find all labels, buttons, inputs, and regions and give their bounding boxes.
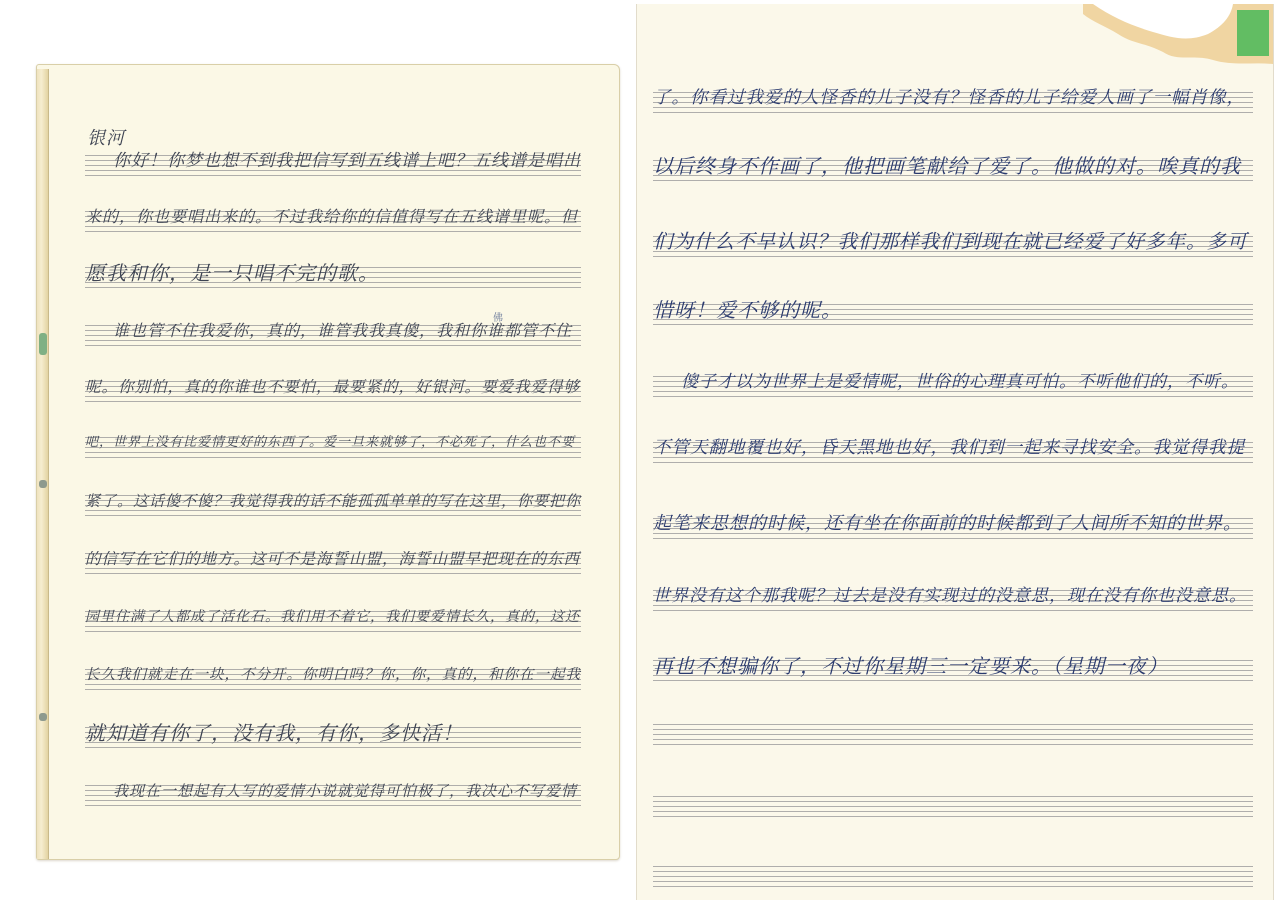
binding-stitch	[39, 713, 47, 721]
line-text: 的信写在它们的地方。这可不是海誓山盟，海誓山盟早把现在的东西	[85, 547, 580, 571]
line-text: 紧了。这话傻不傻？我觉得我的话不能孤孤单单的写在这里，你要把你	[85, 489, 581, 513]
text-line: 不管天翻地覆也好，昏天黑地也好，我们到一起来寻找安全。我觉得我提	[653, 436, 1253, 476]
line-text: 长久我们就走在一块，不分开。你明白吗？你，你，真的，和你在一起我	[85, 663, 581, 687]
line-text: 惜呀！爱不够的呢。	[653, 298, 842, 322]
line-text: 了。你看过我爱的人怪香的儿子没有？怪香的儿子给爱人画了一幅肖像，	[653, 86, 1245, 110]
left-page: 银河 你好！你梦也想不到我把信写到五线谱上吧？五线谱是唱出 来的，你也要唱出来的…	[36, 64, 620, 860]
text-line: 起笔来思想的时候，还有坐在你面前的时候都到了人间所不知的世界。	[653, 512, 1253, 552]
line-text: 园里住满了人都成了活化石。我们用不着它，我们要爱情长久，真的，这还	[85, 605, 580, 629]
line-text: 呢。你别怕，真的你谁也不要怕，最要紧的，好银河。要爱我爱得够	[85, 375, 580, 399]
text-line: 你好！你梦也想不到我把信写到五线谱上吧？五线谱是唱出	[85, 149, 581, 189]
text-line: 吧，世界上没有比爱情更好的东西了。爱一旦来就够了，不必死了，什么也不要	[85, 431, 581, 471]
text-line: 我现在一想起有人写的爱情小说就觉得可怕极了，我决心不写爱情	[85, 779, 581, 819]
text-line: 愿我和你，是一只唱不完的歌。	[85, 261, 581, 301]
line-text: 世界没有这个那我呢？过去是没有实现过的没意思，现在没有你也没意思。	[653, 584, 1247, 608]
text-line: 再也不想骗你了，不过你星期三一定要来。（星期一夜）	[653, 654, 1253, 694]
line-text: 吧，世界上没有比爱情更好的东西了。爱一旦来就够了，不必死了，什么也不要	[85, 431, 575, 455]
empty-staff	[653, 724, 1253, 746]
green-tape	[1237, 10, 1269, 56]
text-line: 傻子才以为世界上是爱情呢，世俗的心理真可怕。不听他们的，不听。	[653, 370, 1253, 410]
empty-staff	[653, 796, 1253, 818]
empty-staff	[653, 866, 1253, 888]
text-line: 的信写在它们的地方。这可不是海誓山盟，海誓山盟早把现在的东西	[85, 547, 581, 587]
line-text: 愿我和你，是一只唱不完的歌。	[85, 261, 379, 285]
line-text: 们为什么不早认识？我们那样我们到现在就已经爱了好多年。多可	[653, 230, 1248, 254]
text-line: 世界没有这个那我呢？过去是没有实现过的没意思，现在没有你也没意思。	[653, 584, 1253, 624]
binding-stitch	[39, 480, 47, 488]
text-line: 紧了。这话傻不傻？我觉得我的话不能孤孤单单的写在这里，你要把你	[85, 489, 581, 529]
text-line: 以后终身不作画了，他把画笔献给了爱了。他做的对。唉真的我	[653, 154, 1253, 194]
line-text: 再也不想骗你了，不过你星期三一定要来。（星期一夜）	[653, 654, 1168, 678]
green-tab-marker	[39, 333, 47, 355]
line-text: 来的，你也要唱出来的。不过我给你的信值得写在五线谱里呢。但	[85, 205, 578, 229]
text-line: 谁也管不住我爱你，真的，谁管我我真傻，我和你谁都管不住	[85, 319, 581, 359]
line-text: 就知道有你了，没有我，有你，多快活！	[85, 721, 463, 745]
text-line: 了。你看过我爱的人怪香的儿子没有？怪香的儿子给爱人画了一幅肖像，	[653, 86, 1253, 126]
text-line: 园里住满了人都成了活化石。我们用不着它，我们要爱情长久，真的，这还	[85, 605, 581, 645]
text-line: 长久我们就走在一块，不分开。你明白吗？你，你，真的，和你在一起我	[85, 663, 581, 703]
text-line: 呢。你别怕，真的你谁也不要怕，最要紧的，好银河。要爱我爱得够	[85, 375, 581, 415]
line-text: 不管天翻地覆也好，昏天黑地也好，我们到一起来寻找安全。我觉得我提	[653, 436, 1245, 460]
line-text: 起笔来思想的时候，还有坐在你面前的时候都到了人间所不知的世界。	[653, 512, 1242, 536]
line-text: 谁也管不住我爱你，真的，谁管我我真傻，我和你谁都管不住	[85, 319, 572, 343]
text-line: 们为什么不早认识？我们那样我们到现在就已经爱了好多年。多可	[653, 230, 1253, 270]
right-page: 了。你看过我爱的人怪香的儿子没有？怪香的儿子给爱人画了一幅肖像， 以后终身不作画…	[636, 4, 1274, 900]
text-line: 就知道有你了，没有我，有你，多快活！	[85, 721, 581, 761]
notebook-binding	[37, 69, 49, 859]
text-line: 来的，你也要唱出来的。不过我给你的信值得写在五线谱里呢。但	[85, 205, 581, 245]
line-text: 傻子才以为世界上是爱情呢，世俗的心理真可怕。不听他们的，不听。	[653, 370, 1239, 394]
salutation: 银河	[87, 127, 125, 151]
line-text: 我现在一想起有人写的爱情小说就觉得可怕极了，我决心不写爱情	[85, 779, 577, 803]
text-line: 惜呀！爱不够的呢。	[653, 298, 1253, 338]
line-text: 以后终身不作画了，他把画笔献给了爱了。他做的对。唉真的我	[653, 154, 1241, 178]
line-text: 你好！你梦也想不到我把信写到五线谱上吧？五线谱是唱出	[85, 149, 581, 173]
